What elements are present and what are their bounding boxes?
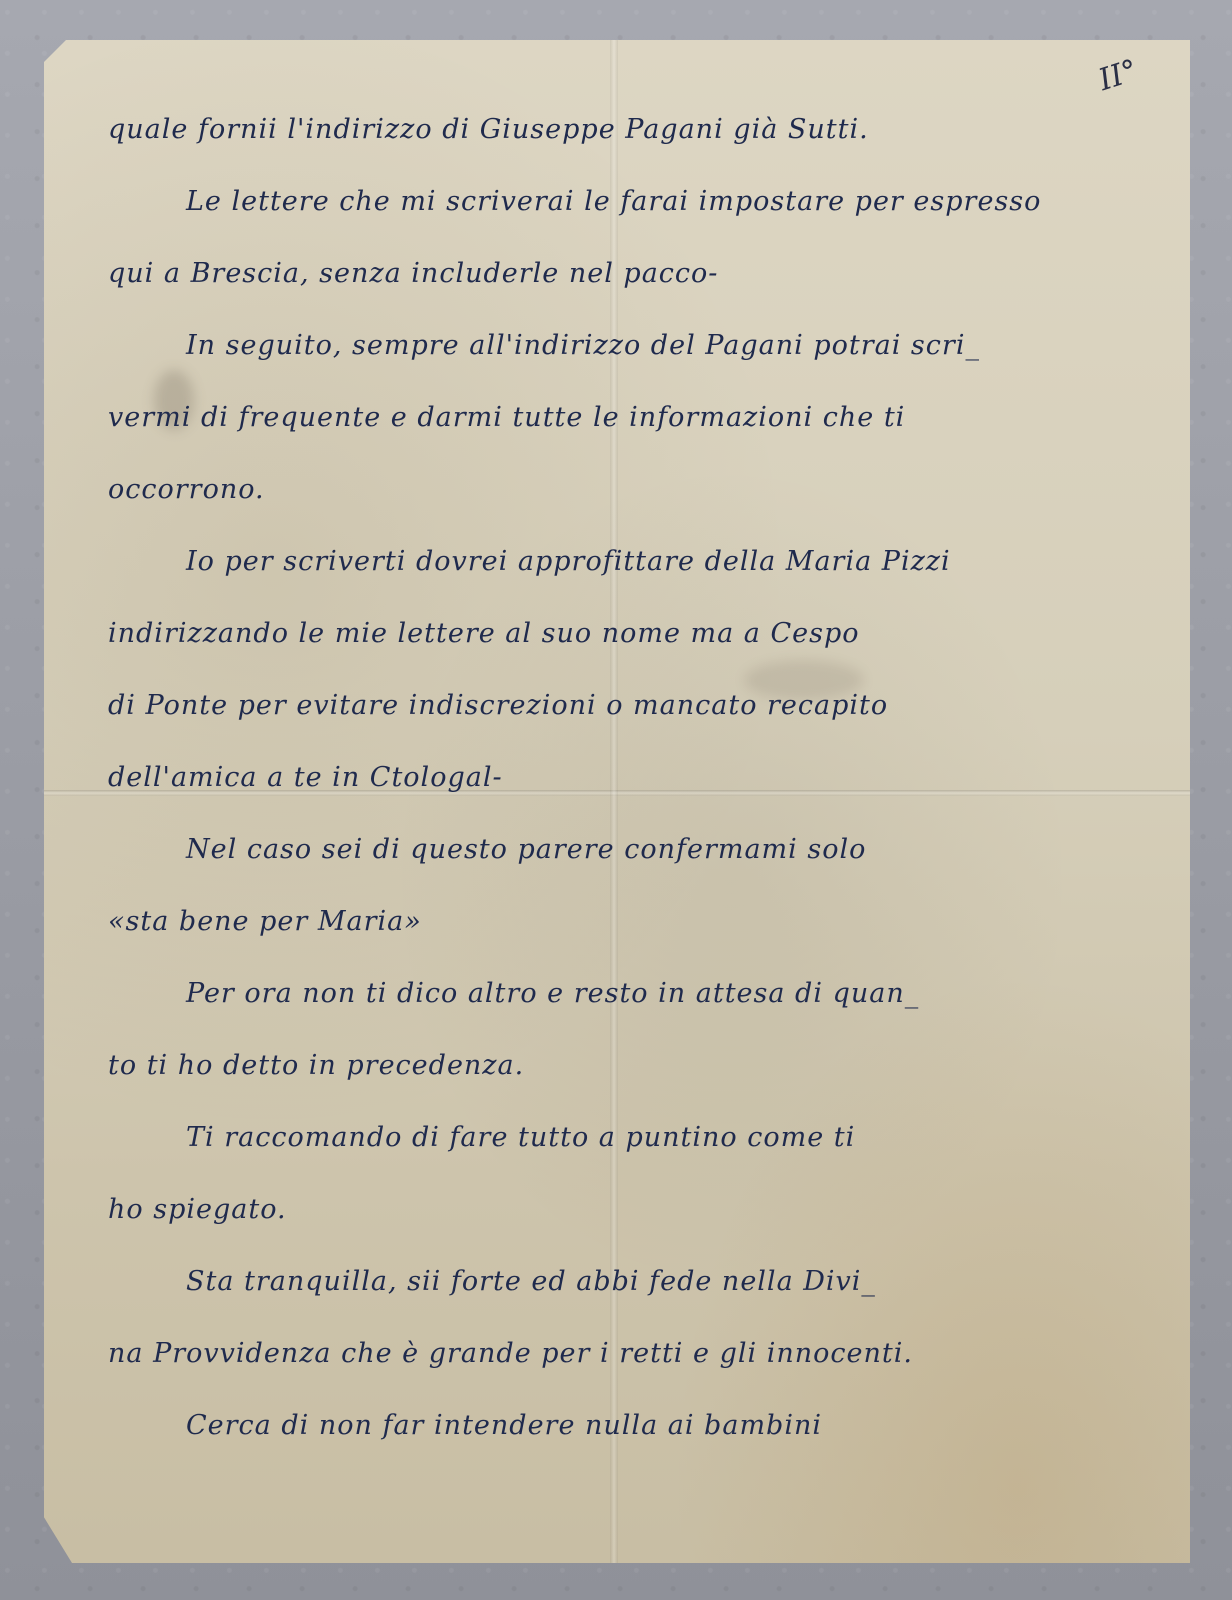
page-number: II°: [1095, 53, 1143, 98]
letter-line-16: ho spiegato.: [108, 1174, 1138, 1246]
letter-line-2: Le lettere che mi scriverai le farai imp…: [108, 166, 1138, 238]
letter-line-6: occorrono.: [108, 454, 1138, 526]
letter-line-12: «sta bene per Maria»: [108, 886, 1138, 958]
letter-line-15: Ti raccomando di fare tutto a puntino co…: [108, 1102, 1138, 1174]
letter-paper: II° quale fornii l'indirizzo di Giuseppe…: [44, 40, 1190, 1563]
letter-line-13: Per ora non ti dico altro e resto in att…: [108, 958, 1138, 1030]
letter-line-5: vermi di frequente e darmi tutte le info…: [108, 382, 1138, 454]
letter-line-10: dell'amica a te in Ctologal-: [108, 742, 1138, 814]
letter-line-18: na Provvidenza che è grande per i retti …: [108, 1318, 1138, 1390]
letter-line-1: quale fornii l'indirizzo di Giuseppe Pag…: [108, 94, 1138, 166]
letter-line-3: qui a Brescia, senza includerle nel pacc…: [108, 238, 1138, 310]
letter-line-8: indirizzando le mie lettere al suo nome …: [108, 598, 1138, 670]
letter-line-14: to ti ho detto in precedenza.: [108, 1030, 1138, 1102]
letter-body: quale fornii l'indirizzo di Giuseppe Pag…: [108, 94, 1138, 1462]
letter-line-17: Sta tranquilla, sii forte ed abbi fede n…: [108, 1246, 1138, 1318]
letter-line-7: Io per scriverti dovrei approfittare del…: [108, 526, 1138, 598]
letter-line-11: Nel caso sei di questo parere confermami…: [108, 814, 1138, 886]
letter-line-19: Cerca di non far intendere nulla ai bamb…: [108, 1390, 1138, 1462]
letter-line-9: di Ponte per evitare indiscrezioni o man…: [108, 670, 1138, 742]
letter-line-4: In seguito, sempre all'indirizzo del Pag…: [108, 310, 1138, 382]
